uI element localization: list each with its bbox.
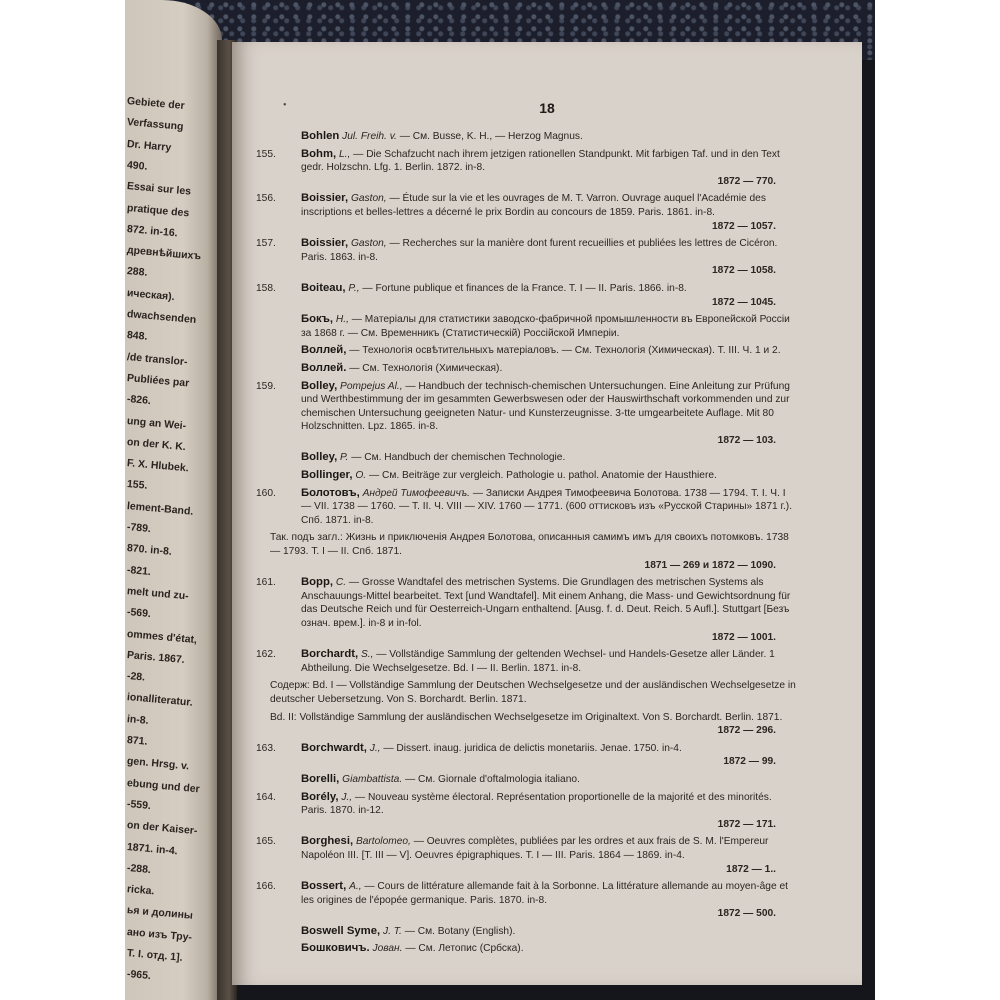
left-page-fragment: in-8. [126,713,149,727]
catalog-entry: 164.Borély, J., — Nouveau système électo… [256,791,796,832]
photo-scene: Gebiete derVerfassungDr. Harry490.Essai … [125,0,875,1000]
entry-name: Воллей. [301,362,346,374]
left-page-fragment: gen. Hrsg. v. [126,755,189,772]
left-page-fragment: ическая). [126,287,175,303]
right-page: • 18 Bohlen Jul. Freih. v. — См. Busse, … [232,42,862,985]
catalog-entry: 156.Boissier, Gaston, — Étude sur la vie… [256,192,796,233]
entry-reference: 1871 — 269 и 1872 — 1090. [270,559,796,573]
left-page-fragment: Gebiete der [126,95,185,112]
entry-name: Bohlen [301,130,339,142]
catalog-entries: Bohlen Jul. Freih. v. — См. Busse, K. H.… [256,130,796,960]
left-page-fragment: ebung und der [126,777,200,795]
entry-name: Boswell Syme, [301,925,380,937]
entry-text: — Fortune publique et finances de la Fra… [362,283,686,294]
entry-text: — См. Технологія (Химическая). [349,363,502,374]
left-page-fragment: /de translor- [126,351,188,368]
left-page-fragment: Paris. 1867. [126,649,185,666]
entry-name: Borély, [301,791,338,803]
entry-name: Bolley, [301,380,337,392]
entry-text: — См. Giornale d'oftalmologia italiano. [405,774,580,785]
entry-name: Boissier, [301,192,348,204]
left-page-fragment: melt und zu- [126,585,189,602]
entry-num: 161. [256,576,291,590]
entry-text: — Матеріалы для статистики заводско-фабр… [301,314,790,339]
entry-text: — См. Botany (English). [405,926,516,937]
left-page-fragment: 870. in-8. [126,542,172,558]
entry-num: 159. [256,380,291,394]
catalog-entry: Бокъ, Н., — Матеріалы для статистики зав… [256,313,796,340]
entry-text: — См. Летопис (Србска). [405,943,523,954]
entry-text: — Grosse Wandtafel des metrischen System… [301,577,790,629]
entry-given: Gaston, [351,238,387,249]
entry-num: 155. [256,148,291,162]
entry-name: Bopp, [301,576,333,588]
entry-text: Содерж: Bd. I — Vollständige Sammlung de… [270,680,796,705]
entry-text: — Технологія освѣтительныхъ матеріаловъ.… [349,345,780,356]
entry-name: Borelli, [301,773,339,785]
left-page-fragment: ricka. [126,883,154,897]
catalog-entry: Bd. II: Vollständige Sammlung der auslän… [256,711,796,738]
entry-name: Borchwardt, [301,742,367,754]
entry-text: — См. Handbuch der chemischen Technologi… [351,452,565,463]
entry-given: Giambattista. [342,774,402,785]
entry-num: 164. [256,791,291,805]
left-page: Gebiete derVerfassungDr. Harry490.Essai … [125,0,222,1000]
entry-text: — Nouveau système électoral. Représentat… [301,792,772,817]
entry-text: — Dissert. inaug. juridica de delictis m… [383,743,681,754]
entry-reference: 1872 — 1.. [301,863,796,877]
entry-given: Jul. Freih. v. [342,131,397,142]
left-page-fragment: -288. [126,862,151,876]
entry-num: 156. [256,192,291,206]
entry-num: 160. [256,487,291,501]
entry-num: 158. [256,282,291,296]
entry-given: C. [336,577,346,588]
left-page-fragment: ья и долины [126,904,193,922]
entry-num: 165. [256,835,291,849]
catalog-entry: 166.Bossert, A., — Cours de littérature … [256,880,796,921]
catalog-entry: 165.Borghesi, Bartolomeo, — Oeuvres comp… [256,835,796,876]
entry-name: Воллей, [301,344,346,356]
entry-name: Бошковичъ. [301,942,370,954]
entry-num: 157. [256,237,291,251]
left-page-fragment: -569. [126,606,151,620]
entry-num: 163. [256,742,291,756]
left-page-fragment: -789. [126,521,151,535]
entry-reference: 1872 — 103. [301,434,796,448]
entry-text: Bd. II: Vollständige Sammlung der auslän… [270,712,782,723]
entry-given: P., [348,283,359,294]
left-page-fragment: Т. I. отд. 1]. [126,947,183,964]
entry-given: A., [349,881,361,892]
left-page-fragment: 1871. in-4. [126,841,178,857]
entry-reference: 1872 — 99. [301,755,796,769]
catalog-entry: Boswell Syme, J. T. — См. Botany (Englis… [256,925,796,939]
entry-name: Болотовъ, [301,487,360,499]
entry-text: — См. Beiträge zur vergleich. Pathologie… [369,470,717,481]
left-page-fragment: on der K. K. [126,436,186,453]
left-page-fragment: Verfassung [126,116,183,133]
catalog-entry: Bollinger, O. — См. Beiträge zur verglei… [256,469,796,483]
entry-reference: 1872 — 1001. [301,631,796,645]
catalog-entry: 158.Boiteau, P., — Fortune publique et f… [256,282,796,309]
catalog-entry: Содерж: Bd. I — Vollständige Sammlung de… [256,679,796,706]
catalog-entry: 157.Boissier, Gaston, — Recherches sur l… [256,237,796,278]
entry-reference: 1872 — 296. [270,724,796,738]
entry-num: 166. [256,880,291,894]
entry-given: J., [370,743,381,754]
catalog-entry: 160.Болотовъ, Андрей Тимофеевичъ. — Запи… [256,487,796,528]
left-page-fragment: ано изъ Тру- [126,926,192,944]
left-page-fragment: 155. [126,478,147,492]
left-page-fragment: -826. [126,393,151,407]
left-page-fragment: Publiées par [126,372,189,389]
left-page-fragment: pratique des [126,202,189,219]
entry-name: Bollinger, [301,469,352,481]
entry-given: S., [361,649,373,660]
left-page-fragment: lement-Band. [126,500,193,518]
entry-reference: 1872 — 1058. [301,264,796,278]
entry-given: O. [355,470,366,481]
entry-text: — Vollständige Sammlung der geltenden We… [301,649,775,674]
entry-name: Bossert, [301,880,346,892]
entry-name: Boissier, [301,237,348,249]
entry-given: Gaston, [351,193,387,204]
left-page-fragment: Dr. Harry [126,138,171,154]
page-number: 18 [232,100,862,116]
catalog-entry: 163.Borchwardt, J., — Dissert. inaug. ju… [256,742,796,769]
entry-text: Так. подъ загл.: Жизнь и приключенія Анд… [270,532,789,557]
left-page-fragment: древнѣйшихъ [126,244,201,262]
catalog-entry: Borelli, Giambattista. — См. Giornale d'… [256,773,796,787]
entry-given: P. [340,452,348,463]
entry-num: 162. [256,648,291,662]
entry-given: Pompejus Al., [340,381,402,392]
left-page-fragment: 288. [126,265,147,279]
entry-name: Boiteau, [301,282,346,294]
entry-text: — Cours de littérature allemande fait à … [301,881,788,906]
entry-reference: 1872 — 770. [301,175,796,189]
left-page-fragment: -559. [126,798,151,812]
entry-given: L., [339,149,350,160]
entry-text: — См. Busse, K. H., — Herzog Magnus. [400,131,583,142]
entry-reference: 1872 — 1057. [301,220,796,234]
left-page-fragment: F. X. Hlubek. [126,457,189,474]
left-page-fragment: ionalliteratur. [126,691,193,709]
left-page-fragment: 872. in-16. [126,223,178,239]
entry-given: Н., [336,314,349,325]
entry-given: Bartolomeo, [356,836,411,847]
entry-name: Bolley, [301,451,337,463]
left-page-fragment: 490. [126,159,147,173]
left-page-fragment: dwachsenden [126,308,196,326]
catalog-entry: Воллей, — Технологія освѣтительныхъ мате… [256,344,796,358]
entry-given: Андрей Тимофеевичъ. [363,488,470,499]
catalog-entry: Так. подъ загл.: Жизнь и приключенія Анд… [256,531,796,572]
entry-name: Bohm, [301,148,336,160]
catalog-entry: Воллей. — См. Технологія (Химическая). [256,362,796,376]
left-page-fragment: ommes d'état, [126,628,197,646]
entry-reference: 1872 — 1045. [301,296,796,310]
entry-name: Borchardt, [301,648,358,660]
entry-given: J. T. [383,926,402,937]
left-page-fragment: -28. [126,670,145,684]
entry-name: Бокъ, [301,313,333,325]
catalog-entry: 162.Borchardt, S., — Vollständige Sammlu… [256,648,796,675]
left-page-fragment: on der Kaiser- [126,819,197,837]
left-page-fragment: Essai sur les [126,180,191,198]
left-page-fragment: 848. [126,329,147,343]
entry-name: Borghesi, [301,835,353,847]
catalog-entry: 159.Bolley, Pompejus Al., — Handbuch der… [256,380,796,448]
entry-text: — Die Schafzucht nach ihrem jetzigen rat… [301,149,780,174]
entry-given: J., [341,792,352,803]
catalog-entry: Бошковичъ. Јован. — См. Летопис (Србска)… [256,942,796,956]
left-page-fragment: -965. [126,968,151,982]
entry-given: Јован. [373,943,403,954]
left-page-fragment: ung an Wei- [126,415,186,432]
catalog-entry: 161.Bopp, C. — Grosse Wandtafel des metr… [256,576,796,644]
entry-reference: 1872 — 500. [301,907,796,921]
left-page-fragment: -821. [126,564,151,578]
catalog-entry: Bohlen Jul. Freih. v. — См. Busse, K. H.… [256,130,796,144]
catalog-entry: 155.Bohm, L., — Die Schafzucht nach ihre… [256,148,796,189]
catalog-entry: Bolley, P. — См. Handbuch der chemischen… [256,451,796,465]
left-page-fragment: 871. [126,734,147,748]
entry-reference: 1872 — 171. [301,818,796,832]
